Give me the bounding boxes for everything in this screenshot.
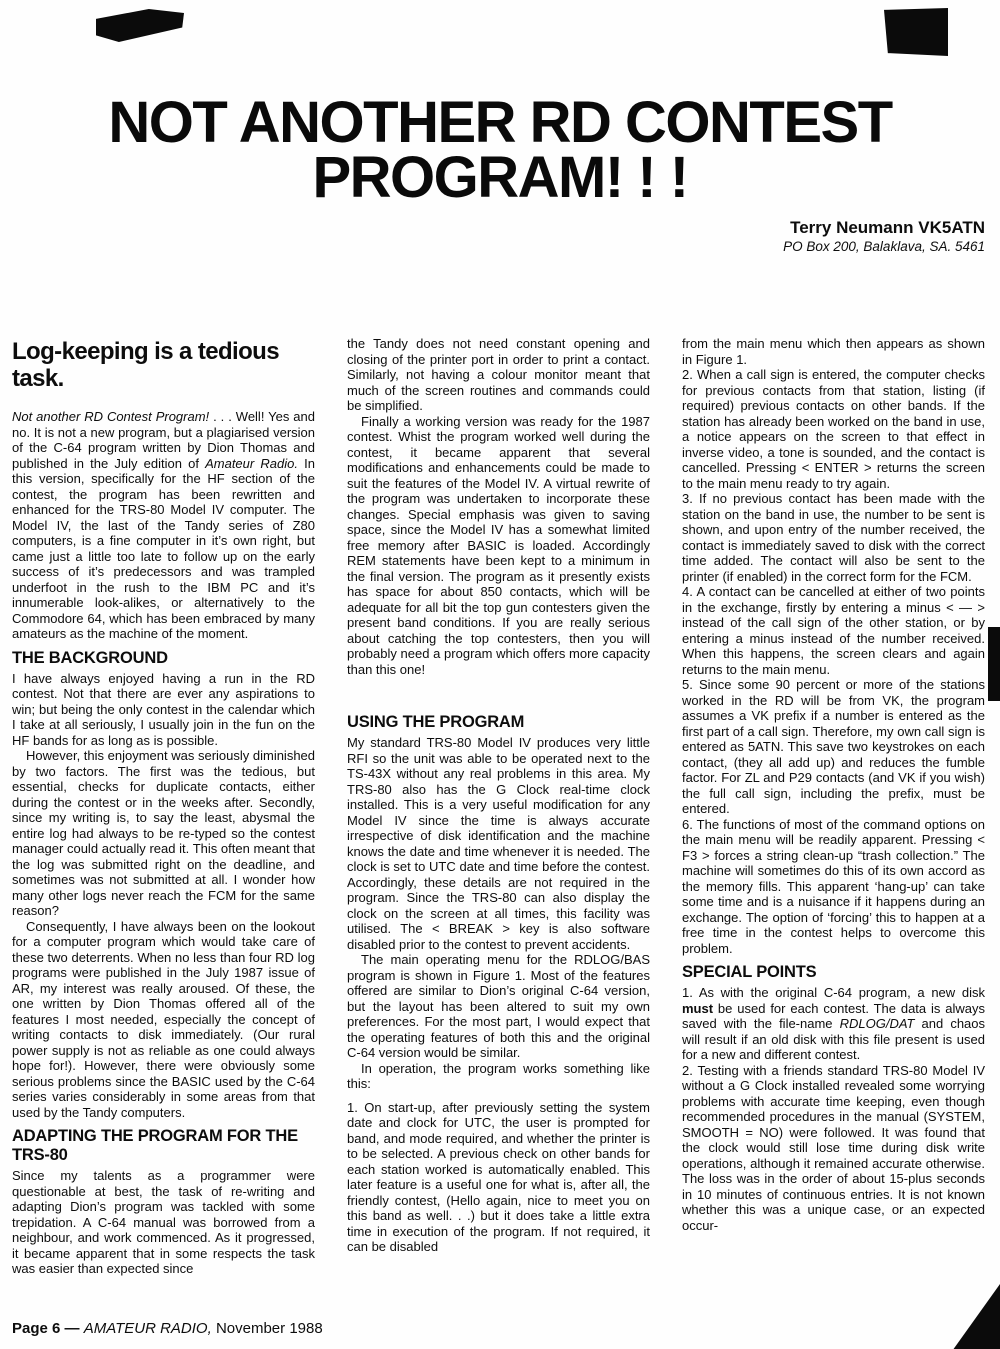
paragraph: 2. Testing with a friends standard TRS-8… [682,1063,985,1234]
author-address: PO Box 200, Balaklava, SA. 5461 [783,238,985,255]
section-heading: USING THE PROGRAM [347,713,650,732]
column-2: the Tandy does not need constant opening… [347,336,650,1277]
paragraph: 4. A contact can be cancelled at either … [682,584,985,677]
paragraph: Finally a working version was ready for … [347,414,650,678]
page-footer: Page 6 — AMATEUR RADIO, November 1988 [12,1320,323,1338]
bottom-right-scan-mark [946,1284,1000,1349]
paragraph: In operation, the program works somethin… [347,1061,650,1092]
paragraph: 3. If no previous contact has been made … [682,491,985,584]
article-title: NOT ANOTHER RD CONTESTPROGRAM! ! ! [0,95,1000,205]
paragraph: 2. When a call sign is entered, the comp… [682,367,985,491]
page-number: Page 6 — [12,1320,80,1337]
paragraph: the Tandy does not need constant opening… [347,336,650,414]
paragraph: Since my talents as a programmer were qu… [12,1168,315,1277]
paragraph: 5. Since some 90 percent or more of the … [682,677,985,817]
column-1: Log-keeping is a tedious task.Not anothe… [12,336,315,1277]
paragraph: 1. As with the original C-64 program, a … [682,985,985,1063]
byline: Terry Neumann VK5ATN PO Box 200, Balakla… [783,218,985,255]
article-body: Log-keeping is a tedious task.Not anothe… [12,336,985,1277]
paragraph: 6. The functions of most of the command … [682,817,985,957]
issue-date: November 1988 [216,1320,323,1337]
paragraph: 1. On start-up, after previously setting… [347,1100,650,1255]
magazine-page: NOT ANOTHER RD CONTESTPROGRAM! ! ! Terry… [0,0,1000,1349]
magazine-name: AMATEUR RADIO, [84,1320,212,1337]
right-edge-scan-mark [988,627,1000,701]
paragraph: However, this enjoyment was seriously di… [12,748,315,919]
author-name: Terry Neumann VK5ATN [783,218,985,238]
section-heading: THE BACKGROUND [12,649,315,668]
section-heading: SPECIAL POINTS [682,963,985,982]
top-right-scan-mark [884,8,948,56]
paragraph: I have always enjoyed having a run in th… [12,671,315,749]
paragraph: from the main menu which then appears as… [682,336,985,367]
top-left-scan-mark [96,9,184,42]
paragraph: Not another RD Contest Program! . . . We… [12,409,315,642]
paragraph: My standard TRS-80 Model IV produces ver… [347,735,650,952]
section-heading: ADAPTING THE PROGRAM FOR THE TRS-80 [12,1127,315,1165]
paragraph: The main operating menu for the RDLOG/BA… [347,952,650,1061]
article-title-line2: PROGRAM! ! ! [312,145,687,210]
section-lead-heading: Log-keeping is a tedious task. [12,338,315,392]
column-3: from the main menu which then appears as… [682,336,985,1277]
paragraph: Consequently, I have always been on the … [12,919,315,1121]
